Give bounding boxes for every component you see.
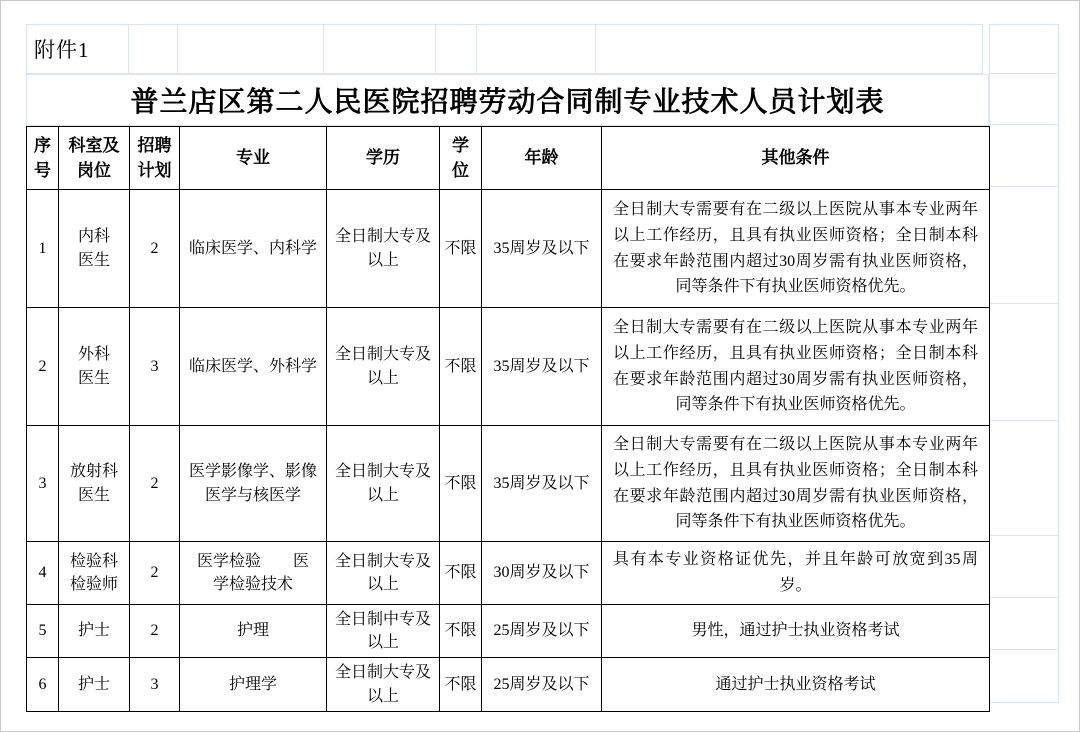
empty-grid-cell (989, 597, 1059, 650)
table-row: 4 检验科 检验师 2 医学检验 医 学检验技术 全日制大专及 以上 不限 30… (27, 542, 990, 605)
empty-grid-cell (128, 24, 178, 74)
header-row: 序 号 科室及 岗位 招聘 计划 专业 学历 学 位 年龄 其他条件 (27, 127, 990, 190)
cell-age: 25周岁及以下 (482, 658, 602, 712)
cell-plan: 2 (130, 190, 180, 308)
cell-age: 35周岁及以下 (482, 426, 602, 542)
table-row: 5 护士 2 护理 全日制中专及 以上 不限 25周岁及以下 男性，通过护士执业… (27, 605, 990, 658)
table-row: 3 放射科 医生 2 医学影像学、影像 医学与核医学 全日制大专及 以上 不限 … (27, 426, 990, 542)
cell-dept: 放射科 医生 (59, 426, 130, 542)
cell-dept: 检验科 检验师 (59, 542, 130, 605)
empty-grid-cell (989, 535, 1059, 598)
column-header-major: 专业 (180, 127, 327, 190)
cell-education: 全日制大专及 以上 (327, 308, 440, 426)
cell-education: 全日制大专及 以上 (327, 542, 440, 605)
cell-degree: 不限 (440, 605, 482, 658)
empty-grid-cell (435, 24, 477, 74)
empty-grid-cell (595, 24, 983, 74)
cell-serial: 6 (27, 658, 59, 712)
cell-plan: 3 (130, 658, 180, 712)
cell-other: 全日制大专需要有在二级以上医院从事本专业两年以上工作经历，且具有执业医师资格；全… (602, 308, 990, 426)
empty-grid-cell (989, 24, 1059, 74)
cell-age: 35周岁及以下 (482, 190, 602, 308)
table-row: 6 护士 3 护理学 全日制大专及 以上 不限 25周岁及以下 通过护士执业资格… (27, 658, 990, 712)
table-row: 2 外科 医生 3 临床医学、外科学 全日制大专及 以上 不限 35周岁及以下 … (27, 308, 990, 426)
cell-dept: 内科 医生 (59, 190, 130, 308)
cell-dept: 护士 (59, 605, 130, 658)
cell-dept: 外科 医生 (59, 308, 130, 426)
cell-other: 全日制大专需要有在二级以上医院从事本专业两年以上工作经历，且具有执业医师资格；全… (602, 426, 990, 542)
empty-grid-cell (989, 73, 1059, 125)
cell-plan: 2 (130, 605, 180, 658)
empty-grid-cell (989, 186, 1059, 304)
cell-degree: 不限 (440, 542, 482, 605)
empty-grid-cell (989, 649, 1059, 703)
cell-major: 护理学 (180, 658, 327, 712)
recruitment-plan-table: 序 号 科室及 岗位 招聘 计划 专业 学历 学 位 年龄 其他条件 1 内科 … (26, 126, 990, 712)
cell-degree: 不限 (440, 190, 482, 308)
cell-education: 全日制大专及 以上 (327, 658, 440, 712)
title-row: 普兰店区第二人民医院招聘劳动合同制专业技术人员计划表 (26, 74, 989, 126)
empty-grid-cell (989, 303, 1059, 421)
column-header-serial: 序 号 (27, 127, 59, 190)
cell-degree: 不限 (440, 426, 482, 542)
column-header-dept: 科室及 岗位 (59, 127, 130, 190)
column-header-age: 年龄 (482, 127, 602, 190)
cell-plan: 2 (130, 426, 180, 542)
cell-other: 男性，通过护士执业资格考试 (602, 605, 990, 658)
empty-grid-cell (177, 24, 324, 74)
cell-serial: 1 (27, 190, 59, 308)
right-gutter-column (989, 24, 1059, 703)
cell-serial: 3 (27, 426, 59, 542)
cell-other: 具有本专业资格证优先，并且年龄可放宽到35周岁。 (602, 542, 990, 605)
cell-serial: 5 (27, 605, 59, 658)
cell-major: 临床医学、内科学 (180, 190, 327, 308)
cell-serial: 4 (27, 542, 59, 605)
cell-other: 全日制大专需要有在二级以上医院从事本专业两年以上工作经历，且具有执业医师资格；全… (602, 190, 990, 308)
cell-education: 全日制大专及 以上 (327, 426, 440, 542)
attachment-row: 附件1 (26, 24, 983, 74)
cell-major: 临床医学、外科学 (180, 308, 327, 426)
cell-dept: 护士 (59, 658, 130, 712)
column-header-education: 学历 (327, 127, 440, 190)
page-title: 普兰店区第二人民医院招聘劳动合同制专业技术人员计划表 (130, 80, 884, 120)
empty-grid-cell (476, 24, 596, 74)
cell-serial: 2 (27, 308, 59, 426)
column-header-plan: 招聘 计划 (130, 127, 180, 190)
cell-age: 30周岁及以下 (482, 542, 602, 605)
column-header-degree: 学 位 (440, 127, 482, 190)
cell-major: 医学影像学、影像 医学与核医学 (180, 426, 327, 542)
cell-plan: 3 (130, 308, 180, 426)
cell-age: 25周岁及以下 (482, 605, 602, 658)
empty-grid-cell (323, 24, 436, 74)
cell-education: 全日制大专及 以上 (327, 190, 440, 308)
cell-other: 通过护士执业资格考试 (602, 658, 990, 712)
cell-degree: 不限 (440, 658, 482, 712)
cell-degree: 不限 (440, 308, 482, 426)
attachment-label: 附件1 (26, 24, 129, 74)
spreadsheet-canvas: 附件1 普兰店区第二人民医院招聘劳动合同制专业技术人员计划表 序 号 科室及 岗… (0, 0, 1080, 732)
cell-plan: 2 (130, 542, 180, 605)
table-row: 1 内科 医生 2 临床医学、内科学 全日制大专及 以上 不限 35周岁及以下 … (27, 190, 990, 308)
cell-age: 35周岁及以下 (482, 308, 602, 426)
empty-grid-cell (989, 420, 1059, 536)
cell-major: 医学检验 医 学检验技术 (180, 542, 327, 605)
column-header-other: 其他条件 (602, 127, 990, 190)
cell-education: 全日制中专及 以上 (327, 605, 440, 658)
empty-grid-cell (989, 124, 1059, 187)
cell-major: 护理 (180, 605, 327, 658)
